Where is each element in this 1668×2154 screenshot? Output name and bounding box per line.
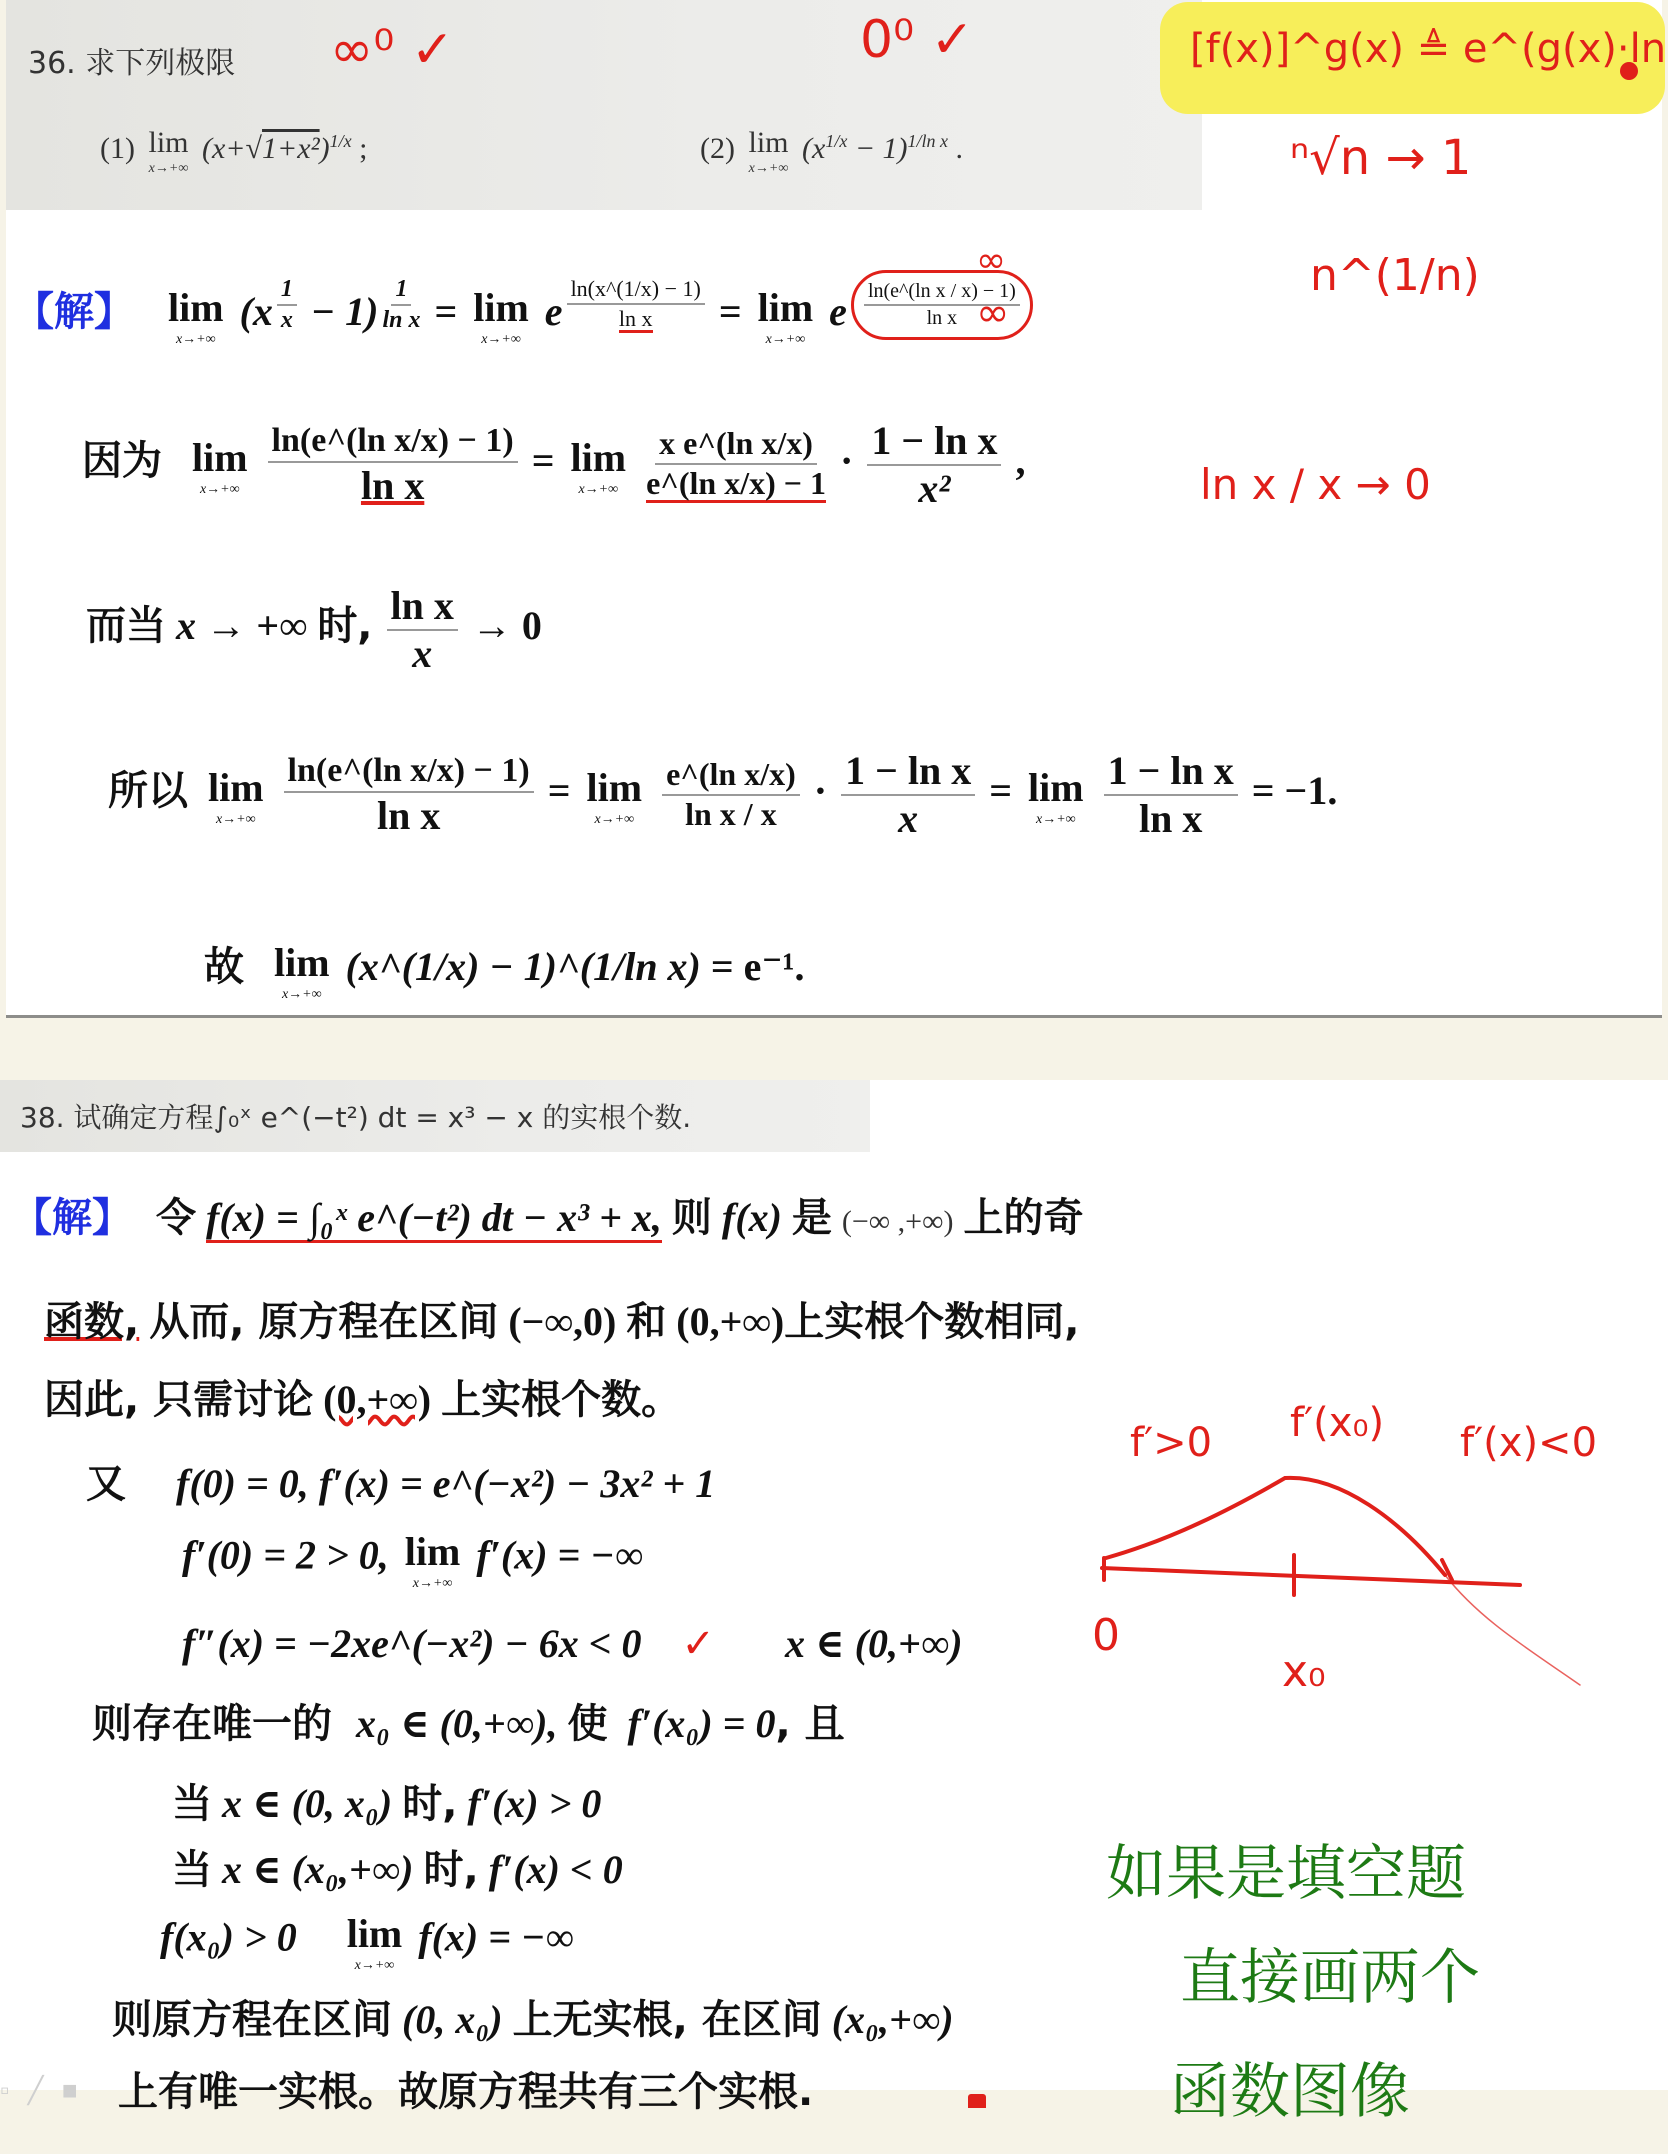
annotation-inf-den: ∞ [976, 290, 1009, 336]
sketch-axis-x0: x₀ [1282, 1646, 1326, 1697]
annotation-lnx-over-x: ln x / x → 0 [1200, 460, 1431, 509]
red-pen-cursor-icon [968, 2094, 986, 2108]
panel-divider [6, 1015, 1662, 1018]
annotation-nth-root: ⁿ√n → 1 [1290, 130, 1471, 186]
rectangle-icon[interactable]: ■ [62, 2076, 78, 2105]
limit-operator: limx→+∞ [168, 284, 224, 347]
sketch-label-mid: f′(x₀) [1290, 1400, 1384, 1446]
problem-38-header: 38. 试确定方程∫₀ˣ e^(−t²) dt = x³ − x 的实根个数. [20, 1096, 691, 1136]
annotation-inf-num: ∞ [976, 240, 1006, 281]
solution-38-line-2: 函数, 从而, 原方程在区间 (−∞,0) 和 (0,+∞)上实根个数相同, [44, 1290, 1079, 1347]
red-pen-cursor-icon [1620, 62, 1638, 80]
green-note-line-2: 直接画两个 [1180, 1930, 1480, 2016]
sketch-label-right: f′(x)<0 [1460, 1420, 1597, 1466]
solution-38-line-4: 又 f(0) = 0, f′(x) = e^(−x²) − 3x² + 1 [86, 1452, 715, 1509]
sketch-label-left: f′>0 [1130, 1420, 1212, 1466]
solution-label: 【解】 [12, 1195, 132, 1241]
solution-38-line-7: 则存在唯一的 x₀ ∈ (0,+∞), 使 f′(x₀) = 0, 且 [92, 1692, 845, 1749]
green-note-line-1: 如果是填空题 [1106, 1826, 1466, 1912]
solution-36-line-4: 所以 limx→+∞ ln(e^(ln x/x) − 1)ln x = limx… [108, 750, 1337, 840]
solution-38-line-3: 因此, 只需讨论 (0,+∞) 上实根个数。 [44, 1368, 681, 1425]
solution-36-line-2: 因为 limx→+∞ ln(e^(ln x/x) − 1)ln x = limx… [82, 420, 1025, 510]
problem-36-header: 36. 求下列极限 [28, 38, 235, 82]
part-1-lim: limx→+∞ [148, 126, 188, 176]
green-note-line-3: 函数图像 [1170, 2044, 1410, 2130]
annotation-toolbar[interactable]: ▫ ╱ ■ [0, 2076, 78, 2106]
solution-38-line-10: f(x₀) > 0 limx→+∞ f(x) = −∞ [160, 1910, 574, 1973]
pen-icon[interactable]: ╱ [28, 2076, 44, 2105]
annotation-inf-pow-zero: ∞⁰ ✓ [330, 20, 454, 80]
exp-log-identity: [f(x)]^g(x) ≜ e^(g(x)·ln f(x)) [1190, 26, 1668, 72]
problem-36-part-2: (2) limx→+∞ (x1/x − 1)1/ln x . [700, 126, 963, 176]
part-2-lim: limx→+∞ [748, 126, 788, 176]
solution-36-line-3: 而当 x → +∞ 时, ln xx → 0 [86, 585, 542, 675]
sketch-axis-zero: 0 [1092, 1610, 1120, 1661]
annotation-zero-pow-zero: 0⁰ ✓ [860, 10, 974, 70]
annotation-n-power: n^(1/n) [1310, 250, 1480, 301]
solution-38-line-6: f″(x) = −2xe^(−x²) − 6x < 0 ✓ x ∈ (0,+∞) [182, 1620, 963, 1667]
part-2-label: (2) [700, 132, 735, 165]
problem-36-question-bar [6, 0, 1202, 210]
solution-36-line-1: 【解】 limx→+∞ (x1x − 1)1ln x = limx→+∞ eln… [14, 270, 1037, 347]
solution-38-line-11: 则原方程在区间 (0, x₀) 上无实根, 在区间 (x₀,+∞) [112, 1988, 954, 2045]
x-axis-line [1102, 1568, 1520, 1585]
solution-36-line-5: 故 limx→+∞ (x^(1/x) − 1)^(1/ln x) = e⁻¹. [204, 935, 805, 1002]
solution-38-line-1: 【解】 令 f(x) = ∫₀ˣ e^(−t²) dt − x³ + x, 则 … [12, 1186, 1083, 1243]
part-1-label: (1) [100, 132, 135, 165]
solution-label: 【解】 [14, 289, 134, 335]
solution-38-line-8: 当 x ∈ (0, x₀) 时, f′(x) > 0 [172, 1772, 601, 1829]
problem-36-part-1: (1) limx→+∞ (x+√1+x²)1/x ; [100, 126, 367, 176]
eraser-icon[interactable]: ▫ [0, 2076, 9, 2105]
solution-38-line-5: f′(0) = 2 > 0, limx→+∞ f′(x) = −∞ [182, 1528, 643, 1591]
solution-38-line-12: 上有唯一实根。故原方程共有三个实根. [118, 2060, 813, 2117]
solution-38-line-9: 当 x ∈ (x₀,+∞) 时, f′(x) < 0 [172, 1838, 623, 1895]
